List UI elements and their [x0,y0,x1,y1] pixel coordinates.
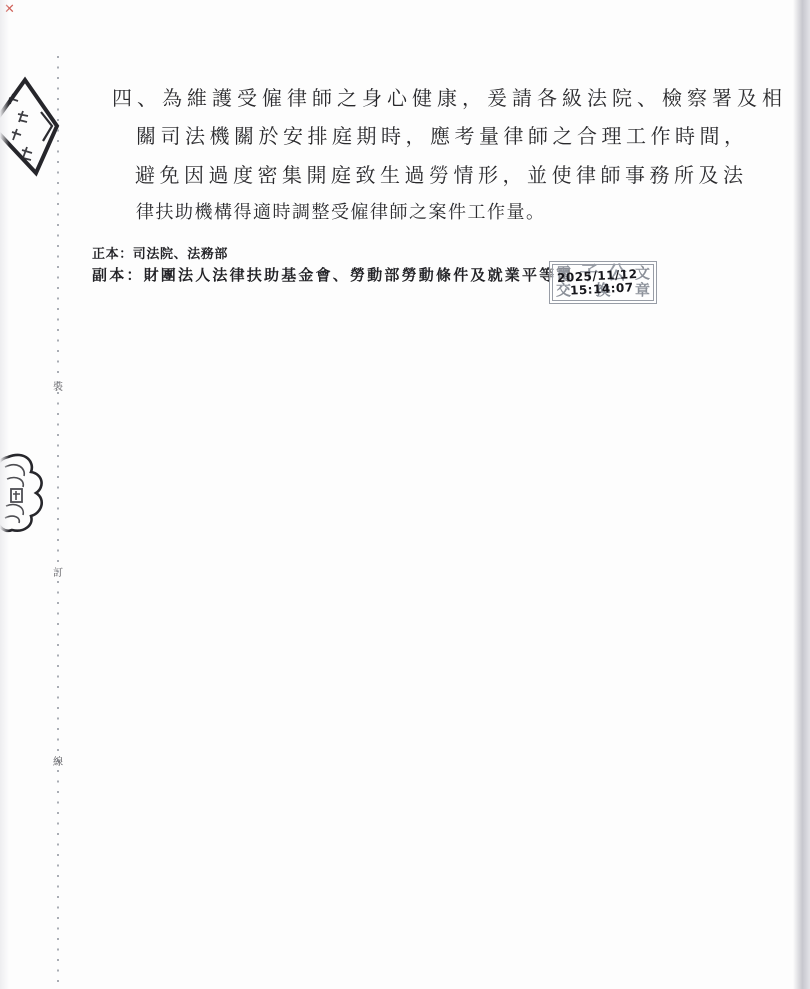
paragraph-line: 四、為維護受僱律師之身心健康，爰請各級法院、檢察署及相 [112,88,787,108]
electronic-exchange-stamp: 電 子 公 文 交 換 章 2025/11/12 15:14:07 [549,261,657,304]
stamp-char: 章 [635,283,650,298]
diamond-seal-icon [0,74,65,178]
original-copy-line: 正本：司法院、法務部 [92,248,228,261]
paragraph-line: 避免因過度密集開庭致生過勞情形，並使律師事務所及法 [135,165,748,185]
document-page: ✕ 裝 訂 線 四、為維護受僱律師之身心健康，爰請各級法院、檢察署及相 關司法機… [0,0,810,989]
stamp-time: 15:14:07 [570,281,634,296]
page-edge-shadow-right [793,0,810,989]
page-edge-shadow-left [0,0,9,989]
binding-char-ding: 訂 [50,569,66,579]
carbon-copy-line: 副本：財團法人法律扶助基金會、勞動部勞動條件及就業平等司 [92,268,574,283]
binding-char-zhuang: 裝 [50,383,66,393]
binding-dotted-line [57,56,59,989]
stamp-char: 交 [556,283,571,298]
binding-char-xian: 線 [50,758,66,768]
paragraph-line: 律扶助機構得適時調整受僱律師之案件工作量。 [136,204,546,222]
paragraph-line: 關司法機關於安排庭期時，應考量律師之合理工作時間， [136,126,749,146]
